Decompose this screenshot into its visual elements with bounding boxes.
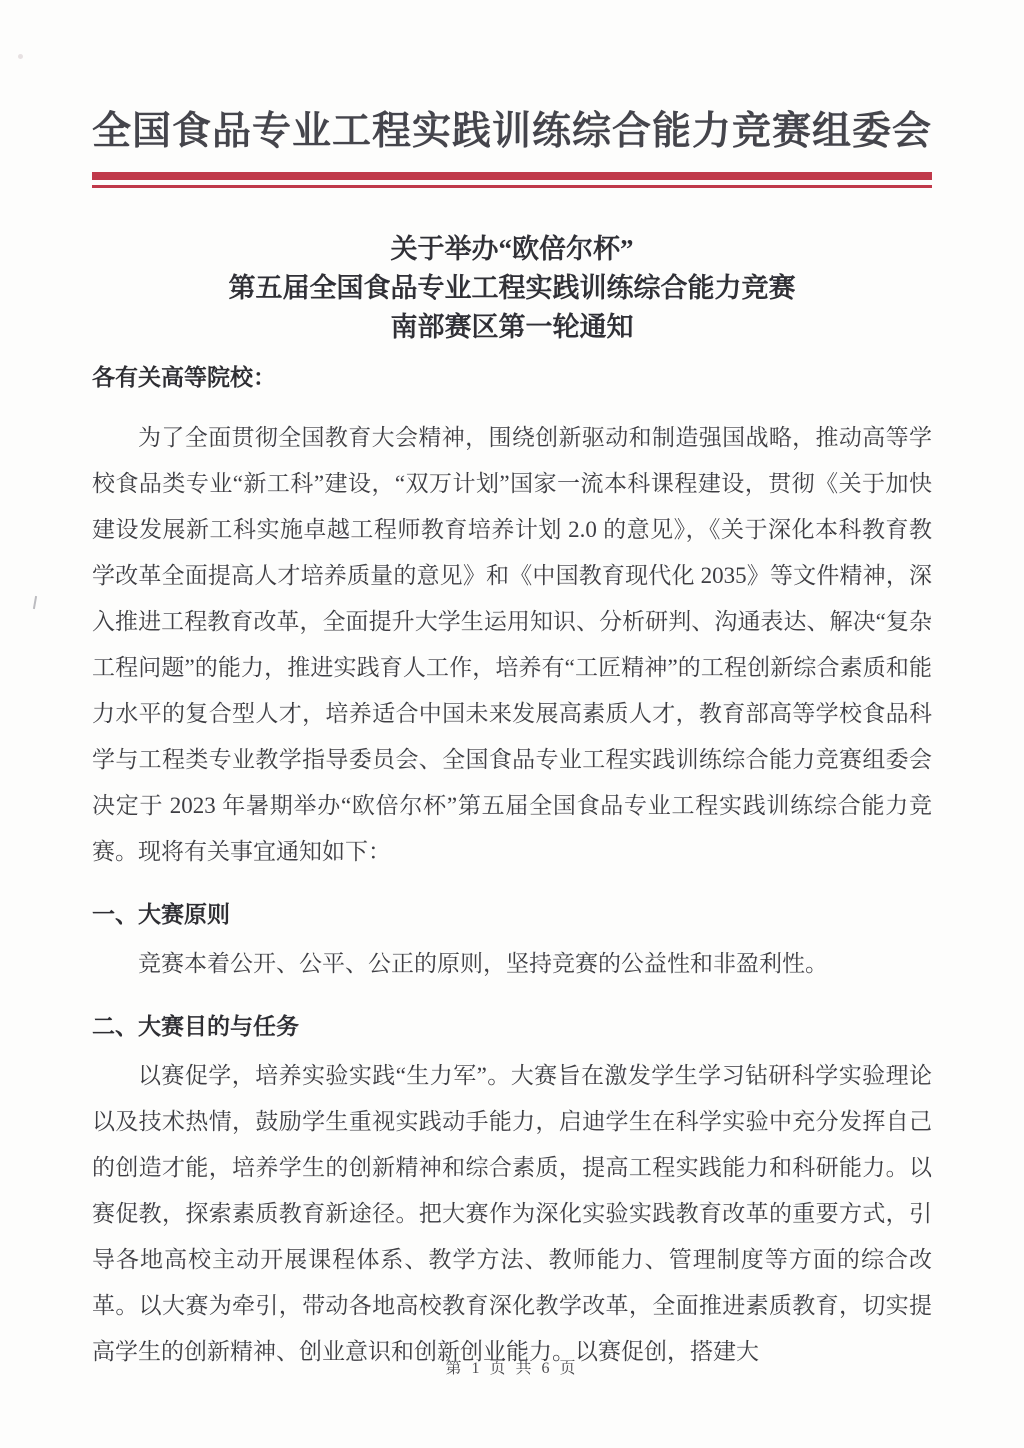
scan-artifact-smudge <box>18 54 23 59</box>
section-2-heading: 二、大赛目的与任务 <box>92 1009 932 1043</box>
divider-thick-rule <box>92 172 932 180</box>
scan-artifact-slash <box>33 596 37 609</box>
divider-thin-rule <box>92 185 932 188</box>
section-1-heading: 一、大赛原则 <box>92 897 932 931</box>
page-number-indicator: 第 1 页 共 6 页 <box>0 1355 1024 1378</box>
notice-title-line-3: 南部赛区第一轮通知 <box>92 308 932 347</box>
section-1-paragraph: 竞赛本着公开、公平、公正的原则，坚持竞赛的公益性和非盈利性。 <box>92 941 932 987</box>
intro-paragraph: 为了全面贯彻全国教育大会精神，围绕创新驱动和制造强国战略，推动高等学校食品类专业… <box>92 415 932 875</box>
letterhead-divider <box>92 172 932 188</box>
letterhead-title: 全国食品专业工程实践训练综合能力竞赛组委会 <box>92 106 932 158</box>
section-2-paragraph: 以赛促学，培养实验实践“生力军”。大赛旨在激发学生学习钻研科学实验理论以及技术热… <box>92 1053 932 1375</box>
notice-title-line-1: 关于举办“欧倍尔杯” <box>92 230 932 269</box>
notice-title: 关于举办“欧倍尔杯” 第五届全国食品专业工程实践训练综合能力竞赛 南部赛区第一轮… <box>92 230 932 347</box>
salutation: 各有关高等院校： <box>92 361 932 393</box>
document-page: 全国食品专业工程实践训练综合能力竞赛组委会 关于举办“欧倍尔杯” 第五届全国食品… <box>0 0 1024 1448</box>
notice-title-line-2: 第五届全国食品专业工程实践训练综合能力竞赛 <box>92 269 932 308</box>
